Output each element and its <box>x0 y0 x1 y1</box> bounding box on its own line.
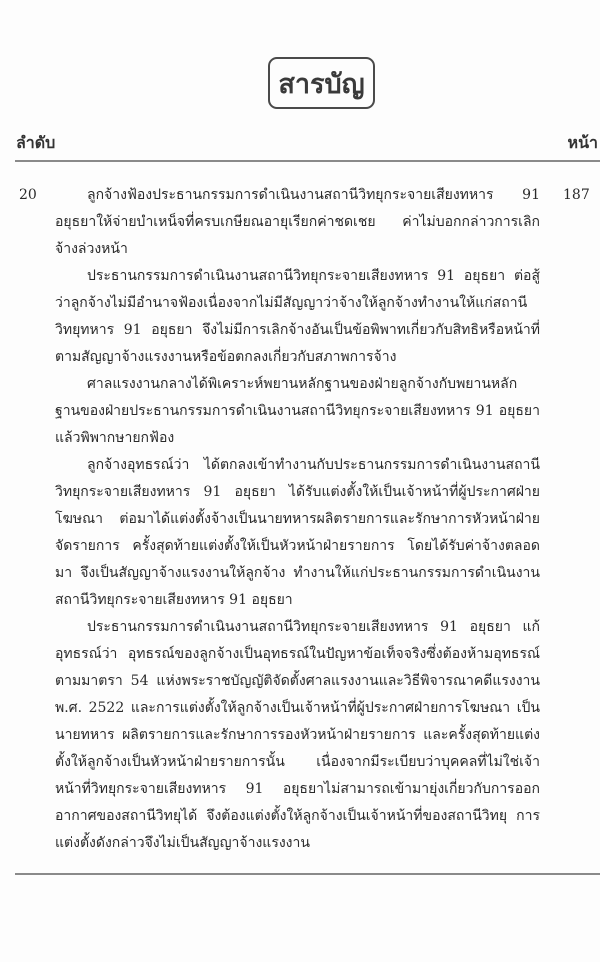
entry-paragraph: ประธานกรรมการดำเนินงานสถานีวิทยุกระจายเส… <box>55 614 540 857</box>
entry-number: 20 <box>19 182 37 209</box>
column-header-page: หน้า <box>568 131 598 156</box>
footer-divider <box>15 873 600 875</box>
entry-paragraph: ลูกจ้างอุทธรณ์ว่า ได้ตกลงเข้าทำงานกับประ… <box>55 452 540 614</box>
entry-page-number: 187 <box>563 182 590 209</box>
column-header-order: ลำดับ <box>16 131 55 156</box>
page-title-box: สารบัญ <box>268 57 375 109</box>
entry-body: ลูกจ้างฟ้องประธานกรรมการดำเนินงานสถานีวิ… <box>55 182 540 857</box>
header-divider <box>15 160 600 162</box>
entry-paragraph: ประธานกรรมการดำเนินงานสถานีวิทยุกระจายเส… <box>55 263 540 371</box>
entry-paragraph: ศาลแรงงานกลางได้พิเคราะห์พยานหลักฐานของฝ… <box>55 371 540 452</box>
page-title: สารบัญ <box>278 62 364 105</box>
entry-paragraph: ลูกจ้างฟ้องประธานกรรมการดำเนินงานสถานีวิ… <box>55 182 540 263</box>
